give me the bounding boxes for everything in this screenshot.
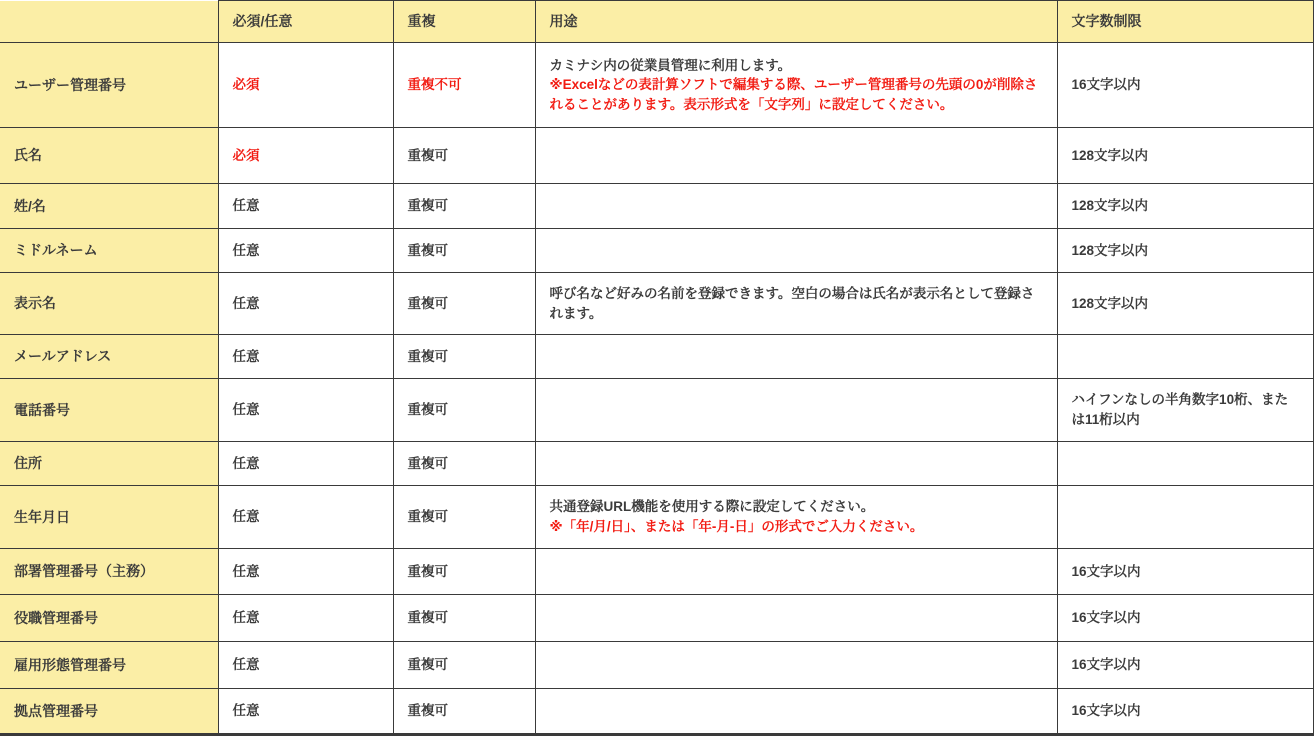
requirement-cell: 任意 bbox=[218, 335, 393, 379]
header-row: 必須/任意 重複 用途 文字数制限 bbox=[0, 1, 1314, 43]
usage-cell: 呼び名など好みの名前を登録できます。空白の場合は氏名が表示名として登録されます。 bbox=[535, 273, 1057, 335]
field-name-cell: メールアドレス bbox=[0, 335, 218, 379]
duplicate-cell: 重複可 bbox=[393, 442, 535, 486]
requirement-cell: 任意 bbox=[218, 595, 393, 642]
duplicate-cell: 重複可 bbox=[393, 689, 535, 735]
table-row: 役職管理番号任意重複可16文字以内 bbox=[0, 595, 1314, 642]
usage-line: ※Excelなどの表計算ソフトで編集する際、ユーザー管理番号の先頭の0が削除され… bbox=[550, 75, 1043, 114]
usage-cell bbox=[535, 184, 1057, 229]
duplicate-cell: 重複不可 bbox=[393, 43, 535, 128]
requirement-cell: 任意 bbox=[218, 273, 393, 335]
field-name-cell: 雇用形態管理番号 bbox=[0, 642, 218, 689]
usage-cell bbox=[535, 689, 1057, 735]
field-name-cell: ユーザー管理番号 bbox=[0, 43, 218, 128]
char-limit-cell: 16文字以内 bbox=[1057, 642, 1314, 689]
char-limit-cell bbox=[1057, 486, 1314, 549]
field-name-cell: 部署管理番号（主務） bbox=[0, 549, 218, 595]
user-field-definition-table: 必須/任意 重複 用途 文字数制限 ユーザー管理番号必須重複不可カミナシ内の従業… bbox=[0, 0, 1314, 736]
table-row: 氏名必須重複可128文字以内 bbox=[0, 128, 1314, 184]
usage-cell bbox=[535, 642, 1057, 689]
header-duplicate: 重複 bbox=[393, 1, 535, 43]
requirement-cell: 任意 bbox=[218, 642, 393, 689]
table-row: ユーザー管理番号必須重複不可カミナシ内の従業員管理に利用します。※Excelなど… bbox=[0, 43, 1314, 128]
table-row: 雇用形態管理番号任意重複可16文字以内 bbox=[0, 642, 1314, 689]
usage-cell bbox=[535, 549, 1057, 595]
char-limit-cell: 128文字以内 bbox=[1057, 184, 1314, 229]
usage-line: 呼び名など好みの名前を登録できます。空白の場合は氏名が表示名として登録されます。 bbox=[550, 284, 1043, 323]
requirement-cell: 任意 bbox=[218, 549, 393, 595]
table-row: 表示名任意重複可呼び名など好みの名前を登録できます。空白の場合は氏名が表示名とし… bbox=[0, 273, 1314, 335]
usage-line: カミナシ内の従業員管理に利用します。 bbox=[550, 56, 1043, 76]
char-limit-cell: 16文字以内 bbox=[1057, 43, 1314, 128]
field-name-cell: 表示名 bbox=[0, 273, 218, 335]
header-char-limit: 文字数制限 bbox=[1057, 1, 1314, 43]
requirement-cell: 任意 bbox=[218, 689, 393, 735]
table-row: 電話番号任意重複可ハイフンなしの半角数字10桁、または11桁以内 bbox=[0, 379, 1314, 442]
requirement-cell: 必須 bbox=[218, 43, 393, 128]
table-row: 生年月日任意重複可共通登録URL機能を使用する際に設定してください。※「年/月/… bbox=[0, 486, 1314, 549]
field-name-cell: 拠点管理番号 bbox=[0, 689, 218, 735]
requirement-cell: 任意 bbox=[218, 229, 393, 273]
field-name-cell: 氏名 bbox=[0, 128, 218, 184]
usage-line: ※「年/月/日」、または「年-月-日」の形式でご入力ください。 bbox=[550, 517, 1043, 537]
duplicate-cell: 重複可 bbox=[393, 229, 535, 273]
requirement-cell: 必須 bbox=[218, 128, 393, 184]
field-name-cell: 役職管理番号 bbox=[0, 595, 218, 642]
usage-line: 共通登録URL機能を使用する際に設定してください。 bbox=[550, 497, 1043, 517]
usage-cell bbox=[535, 595, 1057, 642]
requirement-cell: 任意 bbox=[218, 184, 393, 229]
field-name-cell: 姓/名 bbox=[0, 184, 218, 229]
usage-cell bbox=[535, 442, 1057, 486]
char-limit-cell: 128文字以内 bbox=[1057, 229, 1314, 273]
table-row: ミドルネーム任意重複可128文字以内 bbox=[0, 229, 1314, 273]
duplicate-cell: 重複可 bbox=[393, 595, 535, 642]
header-requirement: 必須/任意 bbox=[218, 1, 393, 43]
duplicate-cell: 重複可 bbox=[393, 486, 535, 549]
duplicate-cell: 重複可 bbox=[393, 335, 535, 379]
usage-cell bbox=[535, 335, 1057, 379]
usage-cell bbox=[535, 229, 1057, 273]
header-usage: 用途 bbox=[535, 1, 1057, 43]
char-limit-cell: 128文字以内 bbox=[1057, 128, 1314, 184]
table-row: 住所任意重複可 bbox=[0, 442, 1314, 486]
char-limit-cell: 128文字以内 bbox=[1057, 273, 1314, 335]
char-limit-cell bbox=[1057, 442, 1314, 486]
table-row: 姓/名任意重複可128文字以内 bbox=[0, 184, 1314, 229]
usage-cell bbox=[535, 128, 1057, 184]
usage-cell: 共通登録URL機能を使用する際に設定してください。※「年/月/日」、または「年-… bbox=[535, 486, 1057, 549]
requirement-cell: 任意 bbox=[218, 442, 393, 486]
table-row: 拠点管理番号任意重複可16文字以内 bbox=[0, 689, 1314, 735]
field-name-cell: 住所 bbox=[0, 442, 218, 486]
header-field bbox=[0, 1, 218, 43]
table-row: メールアドレス任意重複可 bbox=[0, 335, 1314, 379]
duplicate-cell: 重複可 bbox=[393, 128, 535, 184]
usage-cell bbox=[535, 379, 1057, 442]
char-limit-cell: 16文字以内 bbox=[1057, 595, 1314, 642]
duplicate-cell: 重複可 bbox=[393, 273, 535, 335]
duplicate-cell: 重複可 bbox=[393, 379, 535, 442]
char-limit-cell: 16文字以内 bbox=[1057, 549, 1314, 595]
duplicate-cell: 重複可 bbox=[393, 549, 535, 595]
char-limit-cell bbox=[1057, 335, 1314, 379]
table-row: 部署管理番号（主務）任意重複可16文字以内 bbox=[0, 549, 1314, 595]
char-limit-cell: ハイフンなしの半角数字10桁、または11桁以内 bbox=[1057, 379, 1314, 442]
requirement-cell: 任意 bbox=[218, 379, 393, 442]
duplicate-cell: 重複可 bbox=[393, 184, 535, 229]
duplicate-cell: 重複可 bbox=[393, 642, 535, 689]
usage-cell: カミナシ内の従業員管理に利用します。※Excelなどの表計算ソフトで編集する際、… bbox=[535, 43, 1057, 128]
field-name-cell: ミドルネーム bbox=[0, 229, 218, 273]
requirement-cell: 任意 bbox=[218, 486, 393, 549]
field-name-cell: 電話番号 bbox=[0, 379, 218, 442]
field-name-cell: 生年月日 bbox=[0, 486, 218, 549]
char-limit-cell: 16文字以内 bbox=[1057, 689, 1314, 735]
